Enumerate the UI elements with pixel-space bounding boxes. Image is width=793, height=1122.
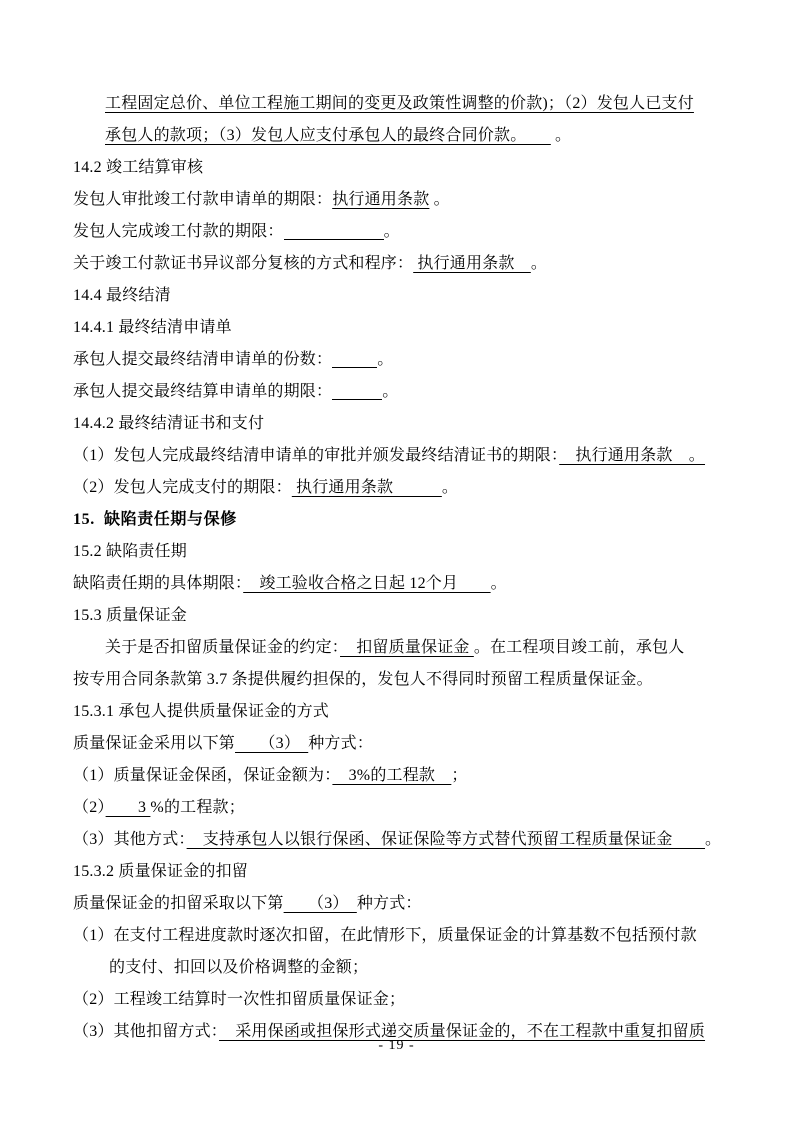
text-run: （1）在支付工程进度款时逐次扣留，在此情形下，质量保证金的计算基数不包括预付款 — [73, 927, 697, 944]
text-run: 。 — [384, 223, 400, 240]
document-line: 14.2 竣工结算审核 — [73, 152, 721, 184]
filled-blank-text: 执行通用条款 — [413, 255, 531, 272]
filled-blank-text: 3%的工程款 — [332, 767, 451, 784]
blank-underline — [332, 349, 377, 368]
document-line: （1）质量保证金保函，保证金额为： 3%的工程款 ； — [73, 760, 721, 792]
text-run: 承包人提交最终结算申请单的期限： — [73, 383, 332, 400]
document-page: 工程固定总价、单位工程施工期间的变更及政策性调整的价款)；（2）发包人已支付承包… — [0, 0, 793, 1122]
filled-blank-text: （3） — [284, 895, 357, 912]
document-line: （2）发包人完成支付的期限： 执行通用条款 。 — [73, 472, 721, 504]
document-line: 的支付、扣回以及价格调整的金额； — [73, 952, 721, 984]
text-run: 。 — [429, 191, 449, 208]
text-run: （1）发包人完成最终结清申请单的审批并颁发最终结清证书的期限： — [73, 447, 559, 464]
text-run: 14.4.1 最终结清申请单 — [73, 319, 232, 336]
document-line: （1）在支付工程进度款时逐次扣留，在此情形下，质量保证金的计算基数不包括预付款 — [73, 920, 721, 952]
document-line: （3）其他方式： 支持承包人以银行保函、保证保险等方式替代预留工程质量保证金 。 — [73, 824, 721, 856]
document-line: 14.4.2 最终结清证书和支付 — [73, 408, 721, 440]
text-run: %的工程款； — [150, 799, 245, 816]
filled-blank-text: 执行通用条款 — [292, 479, 442, 496]
text-run: 质量保证金的扣留采取以下第 — [73, 895, 284, 912]
document-line: 14.4.1 最终结清申请单 — [73, 312, 721, 344]
document-line: 15.2 缺陷责任期 — [73, 536, 721, 568]
document-line: 承包人提交最终结算申请单的期限：。 — [73, 376, 721, 408]
document-line: （1）发包人完成最终结清申请单的审批并颁发最终结清证书的期限： 执行通用条款 。 — [73, 440, 721, 472]
text-run: 质量保证金采用以下第 — [73, 735, 235, 752]
text-run: 。在工程项目竣工前，承包人 — [474, 639, 685, 656]
text-run: 关于竣工付款证书异议部分复核的方式和程序： — [73, 255, 413, 272]
document-line: 质量保证金采用以下第 （3） 种方式： — [73, 728, 721, 760]
page-number: - 19 - — [0, 1036, 793, 1056]
document-line: 15.3 质量保证金 — [73, 600, 721, 632]
text-run: （2）发包人完成支付的期限： — [73, 479, 292, 496]
text-run: 承包人提交最终结清申请单的份数： — [73, 351, 332, 368]
filled-blank-text: 执行通用条款 — [332, 191, 429, 208]
document-line: 缺陷责任期的具体期限： 竣工验收合格之日起 12个月 。 — [73, 568, 721, 600]
text-run: 15.3.1 承包人提供质量保证金的方式 — [73, 703, 329, 720]
text-run: （3）其他方式： — [73, 831, 187, 848]
text-run: 的支付、扣回以及价格调整的金额； — [109, 959, 368, 976]
filled-blank-text: 承包人的款项；（3）发包人应支付承包人的最终合同价款。 — [105, 127, 551, 144]
text-run: 关于是否扣留质量保证金的约定： — [105, 639, 340, 656]
document-line: 质量保证金的扣留采取以下第 （3） 种方式： — [73, 888, 721, 920]
document-line: 承包人提交最终结清申请单的份数：。 — [73, 344, 721, 376]
document-line: 发包人审批竣工付款申请单的期限：执行通用条款 。 — [73, 184, 721, 216]
filled-blank-text: 执行通用条款 。 — [559, 447, 705, 464]
document-line: 15.3.1 承包人提供质量保证金的方式 — [73, 696, 721, 728]
text-run: 15. 缺陷责任期与保修 — [73, 511, 237, 528]
filled-blank-text: 扣留质量保证金 — [340, 639, 474, 656]
document-line: 14.4 最终结清 — [73, 280, 721, 312]
text-run: 15.3 质量保证金 — [73, 607, 187, 624]
text-run: （1）质量保证金保函，保证金额为： — [73, 767, 332, 784]
text-run: 。 — [382, 383, 398, 400]
document-line: 15.3.2 质量保证金的扣留 — [73, 856, 721, 888]
text-run: 。 — [442, 479, 458, 496]
document-line: 15. 缺陷责任期与保修 — [73, 504, 721, 536]
document-line: 承包人的款项；（3）发包人应支付承包人的最终合同价款。 。 — [73, 120, 721, 152]
filled-blank-text: 竣工验收合格之日起 12个月 — [243, 575, 490, 592]
text-run: 。 — [705, 831, 721, 848]
document-line: 按专用合同条款第 3.7 条提供履约担保的，发包人不得同时预留工程质量保证金。 — [73, 664, 721, 696]
text-run: 14.4 最终结清 — [73, 287, 171, 304]
text-run: 15.3.2 质量保证金的扣留 — [73, 863, 248, 880]
text-run: （2） — [73, 799, 106, 816]
document-line: （2） 3 %的工程款； — [73, 792, 721, 824]
text-run: 。 — [551, 127, 571, 144]
blank-underline — [284, 221, 384, 240]
text-run: 发包人审批竣工付款申请单的期限： — [73, 191, 332, 208]
text-run: 发包人完成竣工付款的期限： — [73, 223, 284, 240]
document-lines: 工程固定总价、单位工程施工期间的变更及政策性调整的价款)；（2）发包人已支付承包… — [73, 88, 721, 1048]
document-line: 关于竣工付款证书异议部分复核的方式和程序： 执行通用条款 。 — [73, 248, 721, 280]
text-run: 种方式： — [308, 735, 373, 752]
text-run: 按专用合同条款第 3.7 条提供履约担保的，发包人不得同时预留工程质量保证金。 — [73, 671, 653, 688]
text-run: ； — [451, 767, 467, 784]
document-line: 发包人完成竣工付款的期限：。 — [73, 216, 721, 248]
text-run: 缺陷责任期的具体期限： — [73, 575, 243, 592]
blank-underline — [332, 381, 382, 400]
filled-blank-text: 支持承包人以银行保函、保证保险等方式替代预留工程质量保证金 — [187, 831, 705, 848]
text-run: 。 — [491, 575, 507, 592]
text-run: 种方式： — [357, 895, 422, 912]
document-line: 关于是否扣留质量保证金的约定： 扣留质量保证金 。在工程项目竣工前，承包人 — [73, 632, 721, 664]
filled-blank-text: 工程固定总价、单位工程施工期间的变更及政策性调整的价款)；（2）发包人已支付 — [105, 95, 694, 112]
document-line: （2）工程竣工结算时一次性扣留质量保证金； — [73, 984, 721, 1016]
text-run: 15.2 缺陷责任期 — [73, 543, 187, 560]
text-run: （2）工程竣工结算时一次性扣留质量保证金； — [73, 991, 405, 1008]
text-run: 。 — [531, 255, 547, 272]
text-run: 14.2 竣工结算审核 — [73, 159, 203, 176]
document-line: 工程固定总价、单位工程施工期间的变更及政策性调整的价款)；（2）发包人已支付 — [73, 88, 721, 120]
filled-blank-text: 3 — [106, 799, 151, 816]
filled-blank-text: （3） — [235, 735, 308, 752]
text-run: 。 — [377, 351, 393, 368]
text-run: 14.4.2 最终结清证书和支付 — [73, 415, 264, 432]
